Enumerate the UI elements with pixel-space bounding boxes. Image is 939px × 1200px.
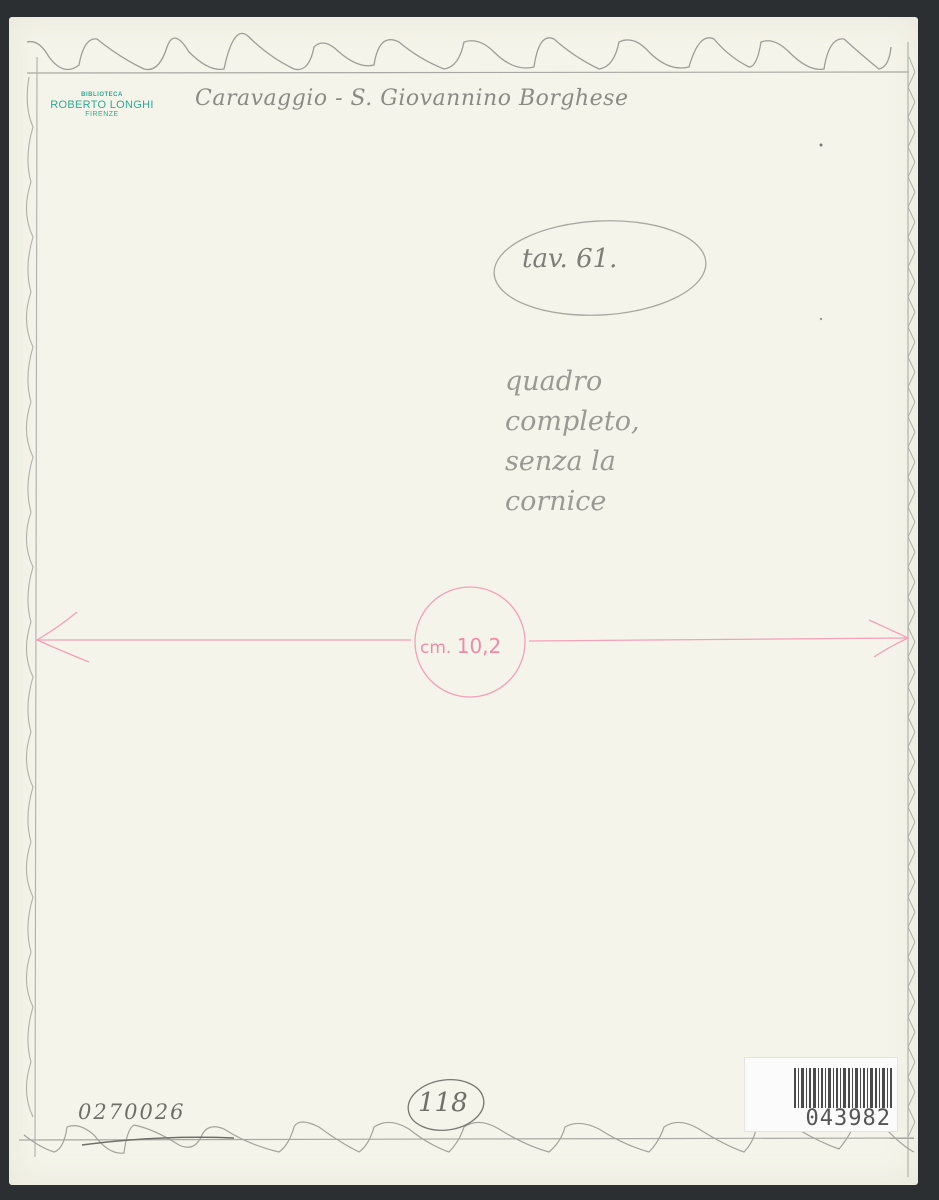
library-stamp: BIBLIOTECA ROBERTO LONGHI FIRENZE	[47, 92, 157, 118]
stamp-line-city: FIRENZE	[47, 111, 157, 119]
photo-verso-sheet	[9, 17, 918, 1185]
handwritten-inventory-number: 0270026	[78, 1100, 186, 1124]
measurement-unit: cm.	[420, 638, 451, 658]
barcode-icon	[794, 1068, 892, 1108]
handwritten-page-number: 118	[418, 1088, 468, 1118]
stamp-line-biblioteca: BIBLIOTECA	[47, 92, 157, 99]
barcode-label: 043982	[744, 1057, 898, 1132]
handwritten-title: Caravaggio - S. Giovannino Borghese	[195, 86, 628, 111]
pencil-frame-drawing	[9, 17, 918, 1185]
handwritten-plate-number: tav. 61.	[522, 244, 617, 274]
stamp-line-name: ROBERTO LONGHI	[47, 99, 157, 111]
handwritten-description: quadro completo, senza la cornice	[505, 362, 640, 522]
measurement-label: cm. 10,2	[420, 634, 501, 658]
barcode-number: 043982	[745, 1106, 891, 1131]
measurement-value: 10,2	[457, 634, 502, 658]
